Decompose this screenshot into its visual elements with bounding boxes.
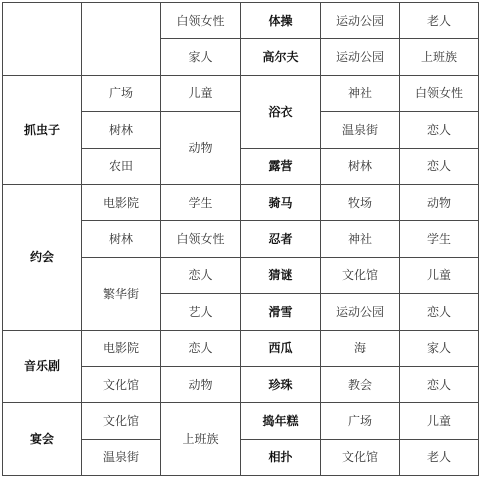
location-cell: 电影院	[82, 330, 161, 366]
activity-cell: 捣年糕	[241, 403, 321, 439]
activity-cell: 约会	[3, 184, 82, 330]
target-cell: 白领女性	[161, 221, 241, 257]
target-cell: 恋人	[400, 366, 479, 402]
target-cell: 动物	[161, 112, 241, 185]
target-cell: 家人	[400, 330, 479, 366]
target-cell: 恋人	[400, 112, 479, 148]
location-cell: 温泉街	[82, 439, 161, 475]
activity-cell: 抓虫子	[3, 75, 82, 184]
activity-cell	[3, 3, 82, 76]
table-row: 宴会 文化馆 上班族 捣年糕 广场 儿童	[3, 403, 479, 439]
target-cell: 儿童	[400, 403, 479, 439]
activity-cell: 高尔夫	[241, 39, 321, 75]
target-cell: 上班族	[400, 39, 479, 75]
target-cell: 白领女性	[161, 3, 241, 39]
activity-location-target-table: 白领女性 体操 运动公园 老人 家人 高尔夫 运动公园 上班族 抓虫子 广场 儿…	[2, 2, 479, 476]
target-cell: 学生	[161, 184, 241, 220]
table-row: 抓虫子 广场 儿童 浴衣 神社 白领女性	[3, 75, 479, 111]
target-cell: 学生	[400, 221, 479, 257]
target-cell: 上班族	[161, 403, 241, 476]
location-cell: 树林	[82, 112, 161, 148]
target-cell: 儿童	[161, 75, 241, 111]
target-cell: 恋人	[400, 294, 479, 330]
activity-cell: 音乐剧	[3, 330, 82, 403]
location-cell: 广场	[321, 403, 400, 439]
activity-cell: 露营	[241, 148, 321, 184]
activity-cell: 体操	[241, 3, 321, 39]
location-cell: 广场	[82, 75, 161, 111]
location-cell	[82, 3, 161, 76]
location-cell: 运动公园	[321, 294, 400, 330]
location-cell: 文化馆	[321, 257, 400, 293]
activity-cell: 宴会	[3, 403, 82, 476]
location-cell: 海	[321, 330, 400, 366]
target-cell: 恋人	[400, 148, 479, 184]
location-cell: 教会	[321, 366, 400, 402]
target-cell: 老人	[400, 3, 479, 39]
activity-cell: 忍者	[241, 221, 321, 257]
activity-cell: 西瓜	[241, 330, 321, 366]
activity-cell: 珍珠	[241, 366, 321, 402]
activity-cell: 猜谜	[241, 257, 321, 293]
location-cell: 农田	[82, 148, 161, 184]
location-cell: 电影院	[82, 184, 161, 220]
location-cell: 文化馆	[82, 366, 161, 402]
location-cell: 树林	[321, 148, 400, 184]
location-cell: 文化馆	[82, 403, 161, 439]
location-cell: 繁华街	[82, 257, 161, 330]
target-cell: 恋人	[161, 257, 241, 293]
location-cell: 神社	[321, 75, 400, 111]
target-cell: 儿童	[400, 257, 479, 293]
activity-cell: 骑马	[241, 184, 321, 220]
table-row: 音乐剧 电影院 恋人 西瓜 海 家人	[3, 330, 479, 366]
location-cell: 文化馆	[321, 439, 400, 475]
activity-cell: 浴衣	[241, 75, 321, 148]
table-row: 约会 电影院 学生 骑马 牧场 动物	[3, 184, 479, 220]
target-cell: 老人	[400, 439, 479, 475]
location-cell: 运动公园	[321, 39, 400, 75]
location-cell: 牧场	[321, 184, 400, 220]
activity-cell: 相扑	[241, 439, 321, 475]
location-cell: 运动公园	[321, 3, 400, 39]
target-cell: 艺人	[161, 294, 241, 330]
target-cell: 家人	[161, 39, 241, 75]
activity-cell: 滑雪	[241, 294, 321, 330]
target-cell: 白领女性	[400, 75, 479, 111]
location-cell: 温泉街	[321, 112, 400, 148]
target-cell: 动物	[161, 366, 241, 402]
table-row: 白领女性 体操 运动公园 老人	[3, 3, 479, 39]
activity-table-container: 白领女性 体操 运动公园 老人 家人 高尔夫 运动公园 上班族 抓虫子 广场 儿…	[2, 2, 479, 476]
location-cell: 树林	[82, 221, 161, 257]
target-cell: 动物	[400, 184, 479, 220]
location-cell: 神社	[321, 221, 400, 257]
target-cell: 恋人	[161, 330, 241, 366]
